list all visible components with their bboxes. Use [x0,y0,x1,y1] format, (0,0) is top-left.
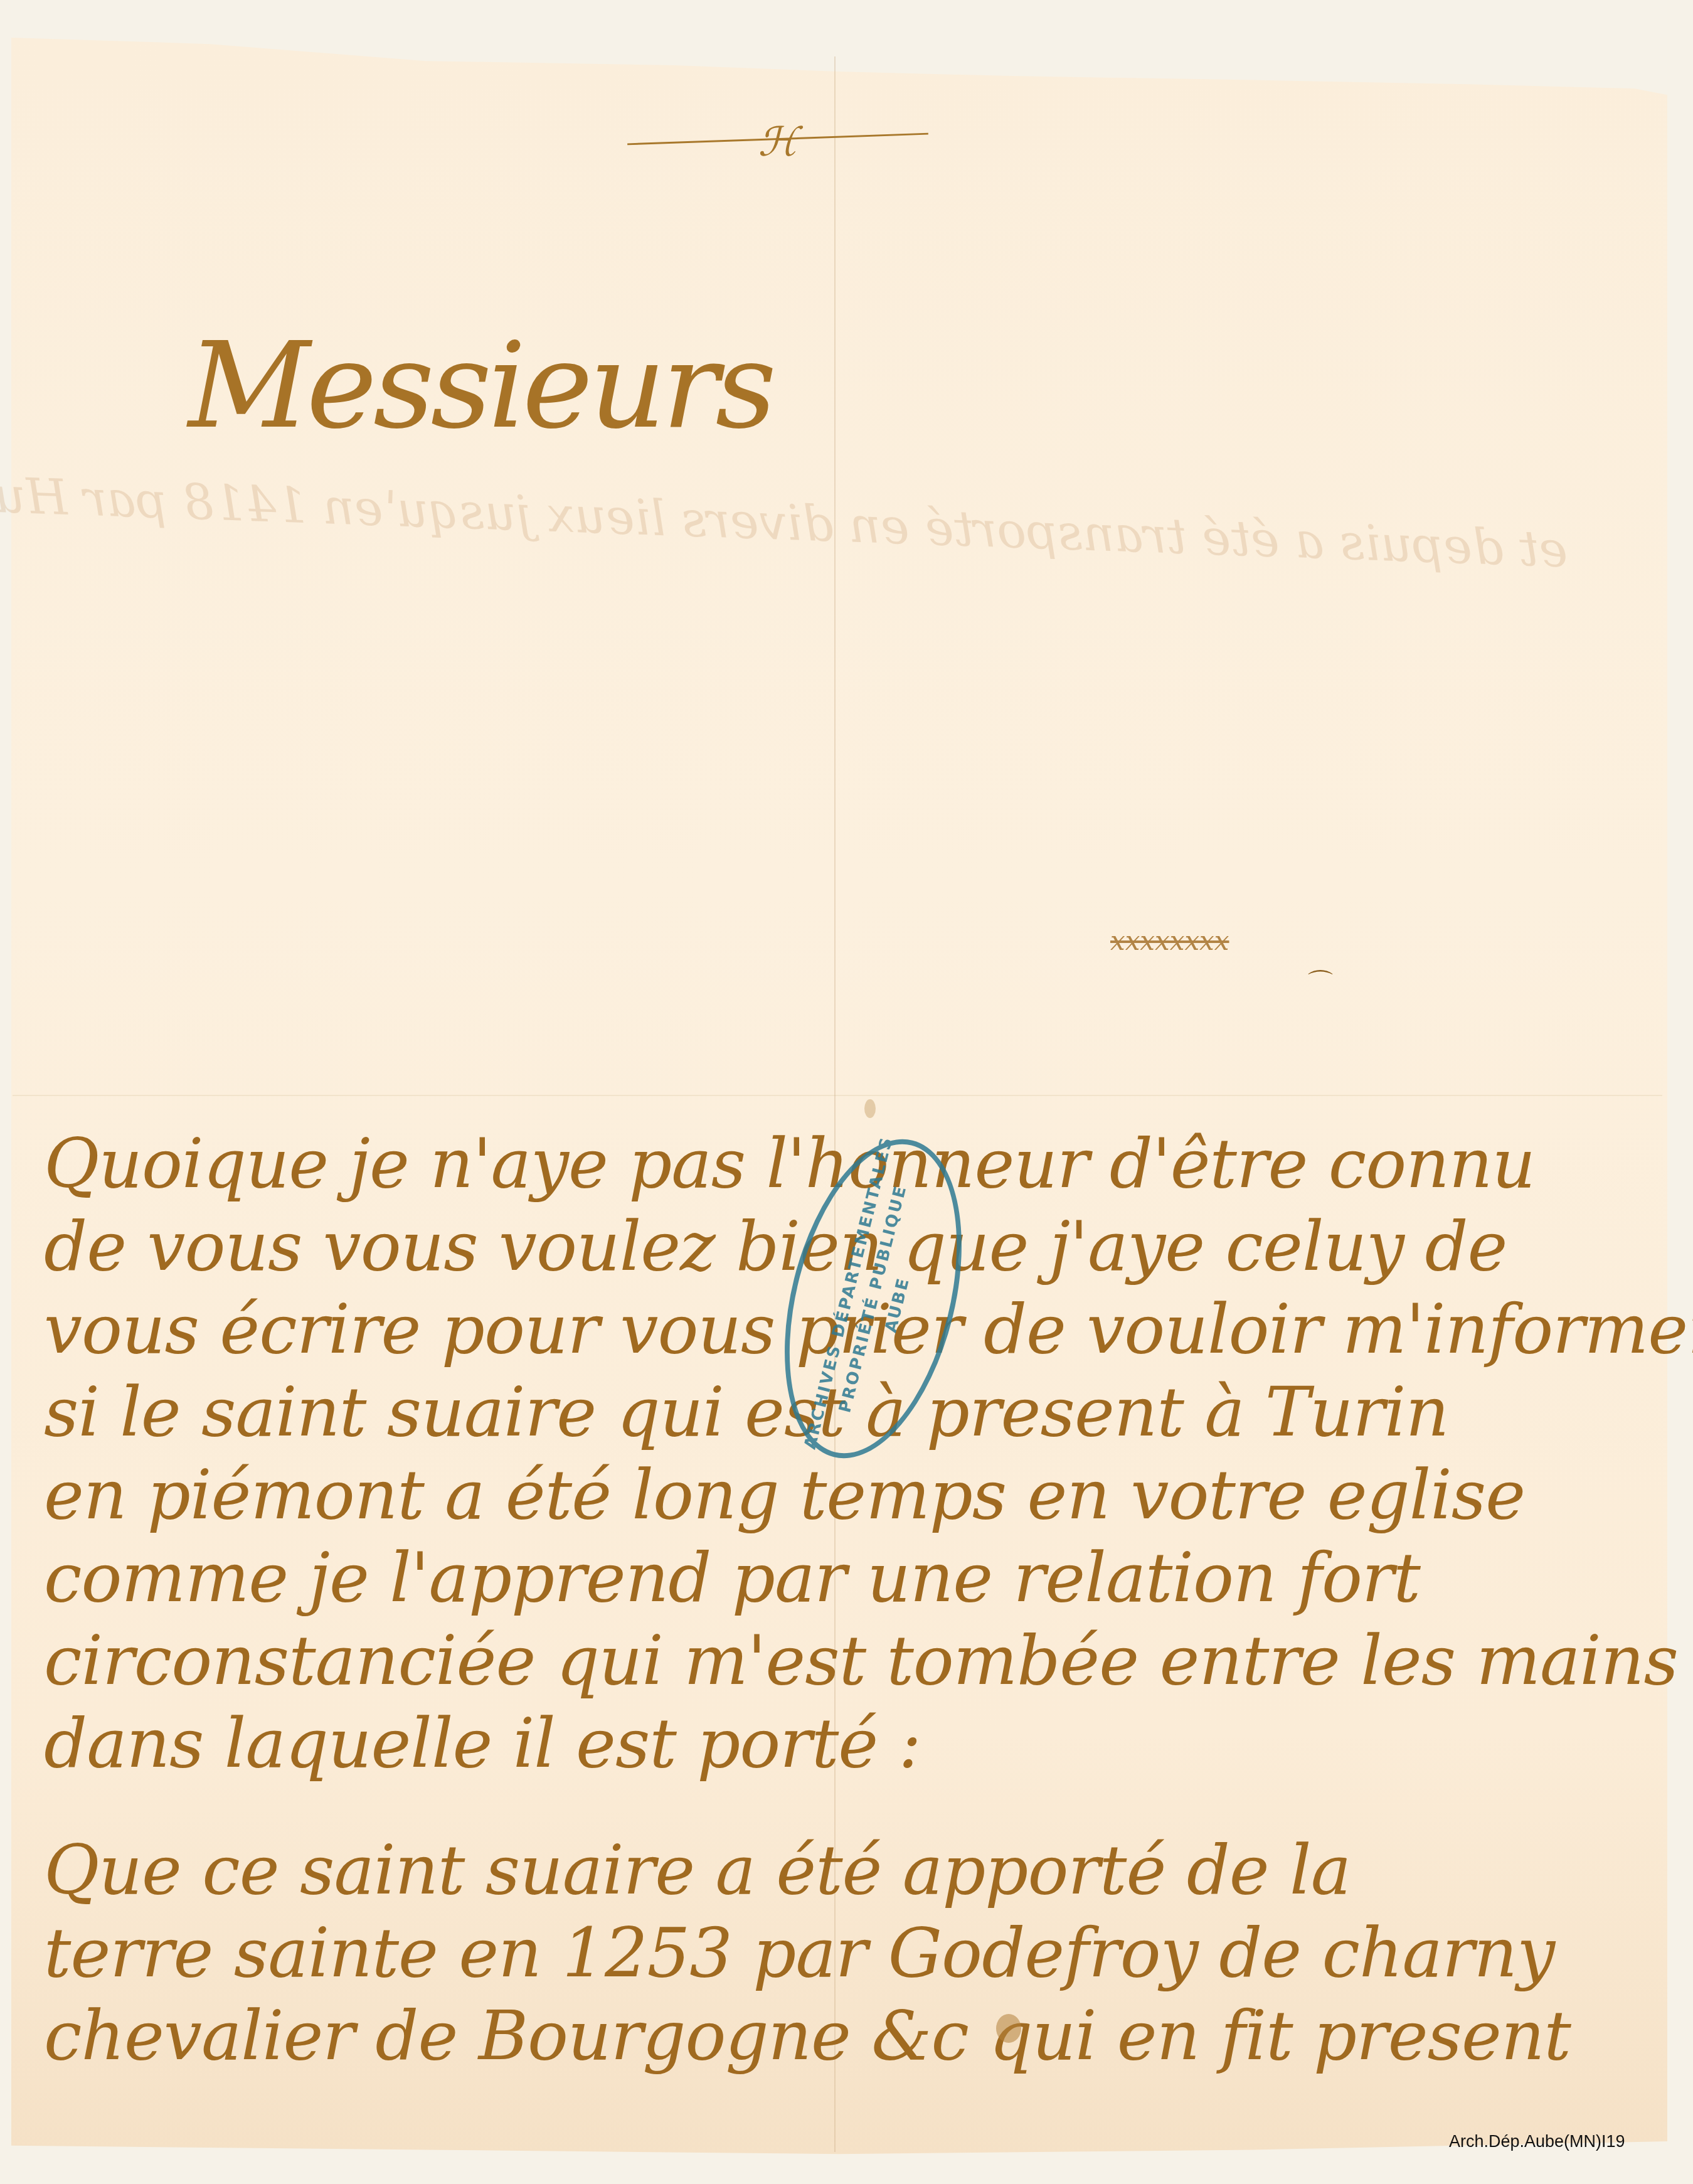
body-line: en piémont a été long temps en votre egl… [44,1454,1650,1537]
paragraph-gap [44,1786,1650,1830]
body-line: comme je l'apprend par une relation fort [44,1537,1650,1620]
ink-stain [864,1099,876,1118]
body-line: dans laquelle il est porté : [44,1703,1650,1786]
archive-reference-label: Arch.Dép.Aube(MN)I19 [1449,2132,1625,2151]
body-line: circonstanciée qui m'est tombée entre le… [44,1620,1650,1703]
body-line: Que ce saint suaire a été apporté de la [44,1830,1650,1912]
ink-mark: ⌒ [1308,963,1333,999]
horizontal-fold-line [13,1095,1662,1096]
struck-out-word: xxxxxxxx [1110,935,1298,947]
ink-stain [996,2014,1021,2043]
body-line: terre sainte en 1253 par Godefroy de cha… [44,1912,1650,1995]
salutation: Messieurs [188,326,773,445]
body-line: chevalier de Bourgogne &c qui en fit pre… [44,1995,1650,2078]
header-flourish: ℋ [627,119,928,157]
